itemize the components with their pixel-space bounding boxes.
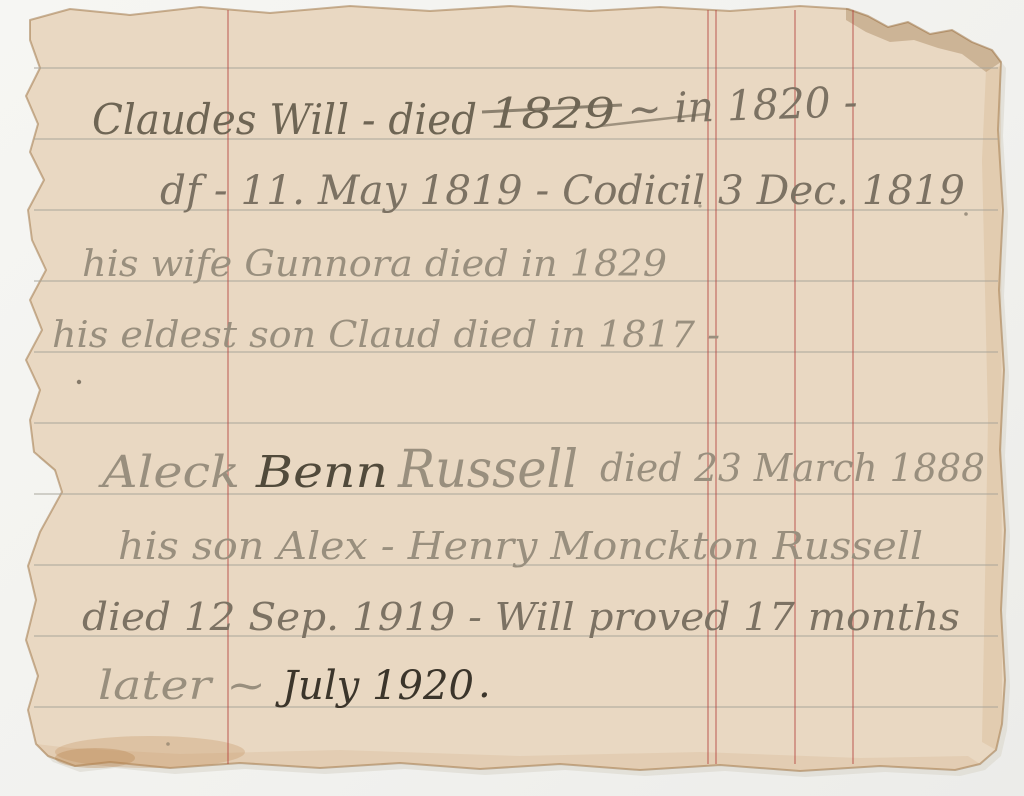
handwriting-line-3: his wife Gunnora died in 1829 bbox=[82, 244, 667, 285]
handwriting-line-1-pre: Claudes Will - died bbox=[92, 95, 477, 144]
scan-background: Claudes Will - died 1829 ~ in 1820 - df … bbox=[0, 0, 1024, 796]
scanned-handwritten-note: Claudes Will - died 1829 ~ in 1820 - df … bbox=[0, 0, 1024, 796]
handwriting-line-5-middle-name: Benn bbox=[255, 447, 388, 498]
handwriting-line-6: his son Alex - Henry Monckton Russell bbox=[118, 524, 923, 568]
handwriting-line-8-period: . bbox=[478, 661, 491, 707]
handwriting-line-8-pre: later ~ bbox=[98, 663, 266, 709]
paper-speck bbox=[77, 380, 81, 384]
handwriting-line-5-surname: Russell bbox=[397, 440, 578, 500]
bottom-left-stain-dark bbox=[55, 748, 135, 768]
handwriting-line-7: died 12 Sep. 1919 - Will proved 17 month… bbox=[82, 595, 960, 639]
handwriting-line-1-struck-year: 1829 bbox=[490, 89, 615, 138]
handwriting-line-4: his eldest son Claud died in 1817 - bbox=[52, 315, 720, 356]
handwriting-line-5-first-name: Aleck bbox=[98, 447, 240, 498]
paper-speck bbox=[166, 742, 170, 746]
handwriting-line-8-date: July 1920 bbox=[275, 663, 474, 709]
handwriting-line-2: df - 11. May 1819 - Codicil 3 Dec. 1819 bbox=[160, 168, 965, 214]
handwriting-line-1-post: ~ in 1820 - bbox=[627, 77, 859, 134]
handwriting-line-5-death-date: died 23 March 1888 bbox=[600, 446, 985, 490]
